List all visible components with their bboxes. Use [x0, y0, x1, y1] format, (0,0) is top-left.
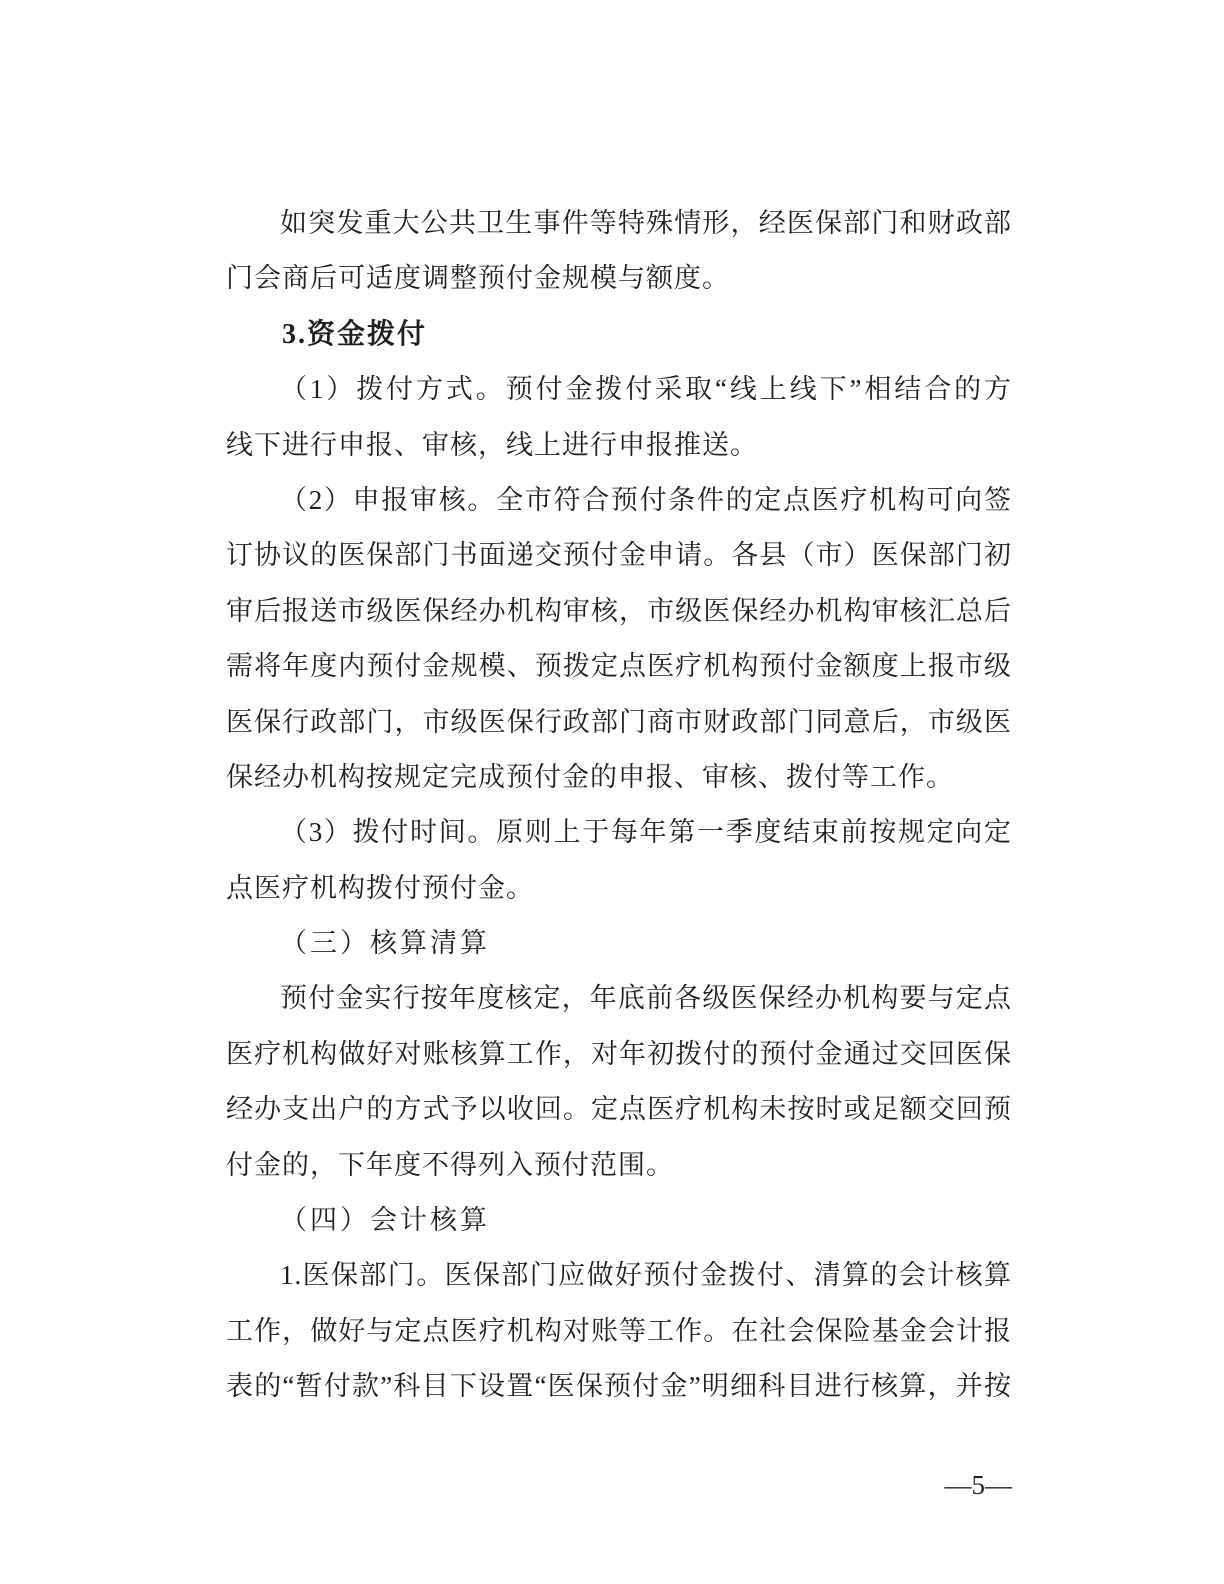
text-line: 订协议的医保部门书面递交预付金申请。各县（市）医保部门初	[226, 528, 1012, 583]
text-line: （3）拨付时间。原则上于每年第一季度结束前按规定向定	[226, 805, 1012, 860]
text-line: 经办支出户的方式予以收回。定点医疗机构未按时或足额交回预	[226, 1082, 1012, 1137]
document-page: 如突发重大公共卫生事件等特殊情形，经医保部门和财政部 门会商后可适度调整预付金规…	[0, 0, 1224, 1584]
document-text-block: 如突发重大公共卫生事件等特殊情形，经医保部门和财政部 门会商后可适度调整预付金规…	[226, 196, 1012, 1415]
section-heading: 3.资金拨付	[226, 307, 1012, 362]
subsection-heading: （四）会计核算	[226, 1193, 1012, 1248]
text-line: 医保行政部门，市级医保行政部门商市财政部门同意后，市级医	[226, 695, 1012, 750]
text-line: 表的“暂付款”科目下设置“医保预付金”明细科目进行核算，并按	[226, 1359, 1012, 1414]
text-line: 审后报送市级医保经办机构审核，市级医保经办机构审核汇总后	[226, 584, 1012, 639]
page-number: —5—	[226, 1465, 1012, 1505]
text-line: 点医疗机构拨付预付金。	[226, 861, 1012, 916]
text-line: 线下进行申报、审核，线上进行申报推送。	[226, 418, 1012, 473]
text-line: （2）申报审核。全市符合预付条件的定点医疗机构可向签	[226, 473, 1012, 528]
text-line: 门会商后可适度调整预付金规模与额度。	[226, 251, 1012, 306]
text-line: 工作，做好与定点医疗机构对账等工作。在社会保险基金会计报	[226, 1304, 1012, 1359]
text-line: 需将年度内预付金规模、预拨定点医疗机构预付金额度上报市级	[226, 639, 1012, 694]
subsection-heading: （三）核算清算	[226, 916, 1012, 971]
text-line: 医疗机构做好对账核算工作，对年初拨付的预付金通过交回医保	[226, 1027, 1012, 1082]
text-line: 付金的，下年度不得列入预付范围。	[226, 1138, 1012, 1193]
text-line: （1）拨付方式。预付金拨付采取“线上线下”相结合的方式，	[226, 362, 1012, 417]
text-line: 保经办机构按规定完成预付金的申报、审核、拨付等工作。	[226, 750, 1012, 805]
text-line: 1.医保部门。医保部门应做好预付金拨付、清算的会计核算	[226, 1248, 1012, 1303]
text-line: 如突发重大公共卫生事件等特殊情形，经医保部门和财政部	[226, 196, 1012, 251]
text-line: 预付金实行按年度核定，年底前各级医保经办机构要与定点	[226, 971, 1012, 1026]
